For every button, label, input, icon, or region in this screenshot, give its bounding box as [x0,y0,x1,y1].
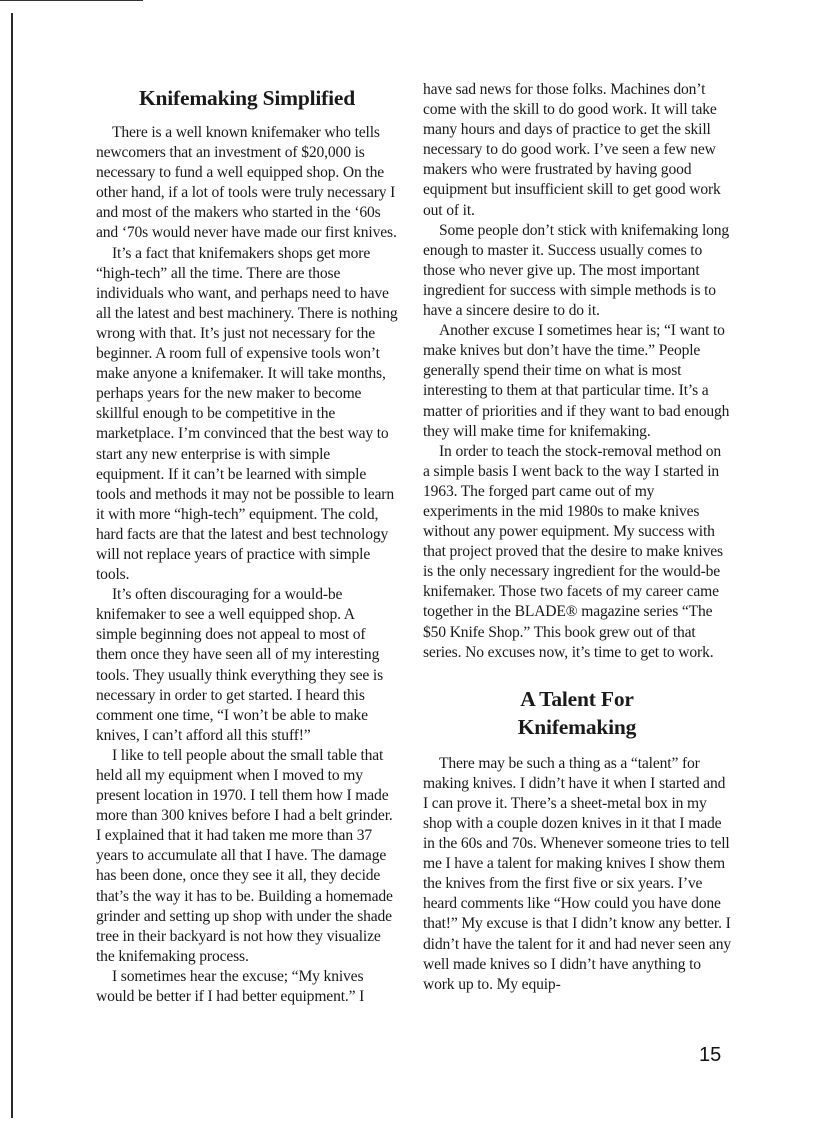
right-column: have sad news for those folks. Machines … [423,80,731,995]
paragraph: I like to tell people about the small ta… [96,746,398,967]
section-heading-knifemaking-simplified: Knifemaking Simplified [96,86,398,111]
heading-line-2: Knifemaking [518,715,636,739]
top-rule [0,0,143,1]
paragraph: I sometimes hear the excuse; “My knives … [96,967,398,1007]
paragraph: In order to teach the stock-removal meth… [423,442,731,663]
page-number: 15 [699,1044,721,1067]
paragraph: There may be such a thing as a “talent” … [423,754,731,995]
paragraph: It’s often discouraging for a would-be k… [96,585,398,746]
paragraph: It’s a fact that knifemakers shops get m… [96,244,398,586]
paragraph: There is a well known knifemaker who tel… [96,123,398,244]
heading-line-1: A Talent For [520,687,633,711]
paragraph: Another excuse I sometimes hear is; “I w… [423,321,731,442]
paragraph: Some people don’t stick with knifemaking… [423,221,731,321]
left-column: Knifemaking Simplified There is a well k… [96,80,398,1007]
left-margin-rule [11,13,13,1118]
paragraph-continuation: have sad news for those folks. Machines … [423,80,731,221]
section-heading-talent-for-knifemaking: A Talent For Knifemaking [423,685,731,741]
